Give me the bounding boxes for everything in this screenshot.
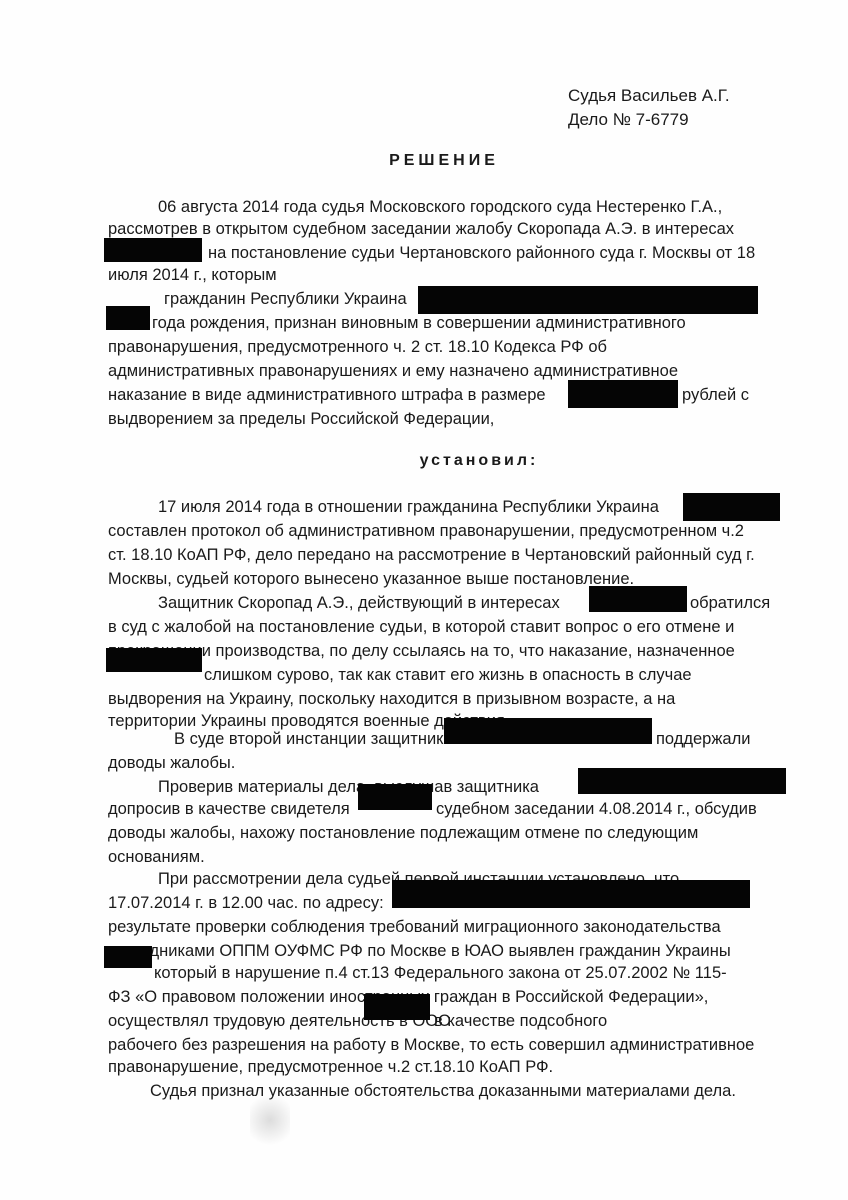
redaction-box — [418, 286, 758, 314]
redaction-box — [364, 994, 430, 1020]
case-header: Судья Васильев А.Г. Дело № 7-6779 — [568, 84, 730, 132]
text-line: прекращении производства, по делу ссылая… — [108, 640, 735, 662]
redaction-box — [444, 718, 652, 744]
text-line: допросив в качестве свидетеля — [108, 798, 350, 820]
text-line: в качестве подсобного — [434, 1010, 607, 1032]
text-line: В суде второй инстанции защитник — [174, 728, 443, 750]
redaction-box — [106, 306, 150, 330]
judge-name: Судья Васильев А.Г. — [568, 84, 730, 108]
text-line: обратился — [690, 592, 770, 614]
text-line: рассмотрев в открытом судебном заседании… — [108, 218, 734, 240]
text-line: который в нарушение п.4 ст.13 Федерально… — [154, 962, 727, 984]
text-line: правонарушения, предусмотренного ч. 2 ст… — [108, 336, 607, 358]
redaction-box — [358, 784, 432, 810]
case-number: Дело № 7-6779 — [568, 108, 730, 132]
document-title: РЕШЕНИЕ — [0, 152, 848, 170]
text-line: 06 августа 2014 года судья Московского г… — [158, 196, 722, 218]
text-line: гражданин Республики Украина — [164, 288, 407, 310]
text-line: года рождения, признан виновным в соверш… — [152, 312, 686, 334]
text-line: судебном заседании 4.08.2014 г., обсудив — [436, 798, 757, 820]
text-line: правонарушение, предусмотренное ч.2 ст.1… — [108, 1056, 553, 1078]
redaction-box — [578, 768, 786, 794]
text-line: в суд с жалобой на постановление судьи, … — [108, 616, 734, 638]
text-line: составлен протокол об административном п… — [108, 520, 744, 542]
text-line: рублей с — [682, 384, 749, 406]
text-line: поддержали — [656, 728, 750, 750]
redaction-box — [589, 586, 687, 612]
redaction-box — [568, 380, 678, 408]
text-line: доводы жалобы. — [108, 752, 235, 774]
text-line: сотрудниками ОППМ ОУФМС РФ по Москве в Ю… — [108, 940, 731, 962]
section-heading: установил: — [0, 452, 848, 470]
text-line: наказание в виде административного штраф… — [108, 384, 546, 406]
redaction-box — [106, 648, 202, 672]
scan-smudge — [250, 1090, 290, 1150]
text-line: Проверив материалы дела, выслушав защитн… — [158, 776, 539, 798]
text-line: на постановление судьи Чертановского рай… — [208, 242, 755, 264]
redaction-box — [104, 238, 202, 262]
text-line: июля 2014 г., которым — [108, 264, 277, 286]
redaction-box — [683, 493, 780, 521]
text-line: Судья признал указанные обстоятельства д… — [150, 1080, 736, 1102]
text-line: основаниям. — [108, 846, 205, 868]
text-line: рабочего без разрешения на работу в Моск… — [108, 1034, 754, 1056]
text-line: Защитник Скоропад А.Э., действующий в ин… — [158, 592, 560, 614]
redaction-box — [392, 880, 750, 908]
text-line: ст. 18.10 КоАП РФ, дело передано на расс… — [108, 544, 755, 566]
text-line: 17.07.2014 г. в 12.00 час. по адресу: — [108, 892, 384, 914]
text-line: административных правонарушениях и ему н… — [108, 360, 678, 382]
text-line: Москвы, судьей которого вынесено указанн… — [108, 568, 634, 590]
text-line: выдворения на Украину, поскольку находит… — [108, 688, 675, 710]
text-line: выдворением за пределы Российской Федера… — [108, 408, 494, 430]
text-line: 17 июля 2014 года в отношении гражданина… — [158, 496, 659, 518]
text-line: слишком сурово, так как ставит его жизнь… — [204, 664, 692, 686]
document-page: Судья Васильев А.Г. Дело № 7-6779 РЕШЕНИ… — [0, 0, 848, 1200]
text-line: доводы жалобы, нахожу постановление подл… — [108, 822, 698, 844]
redaction-box — [104, 946, 152, 968]
text-line: результате проверки соблюдения требовани… — [108, 916, 721, 938]
